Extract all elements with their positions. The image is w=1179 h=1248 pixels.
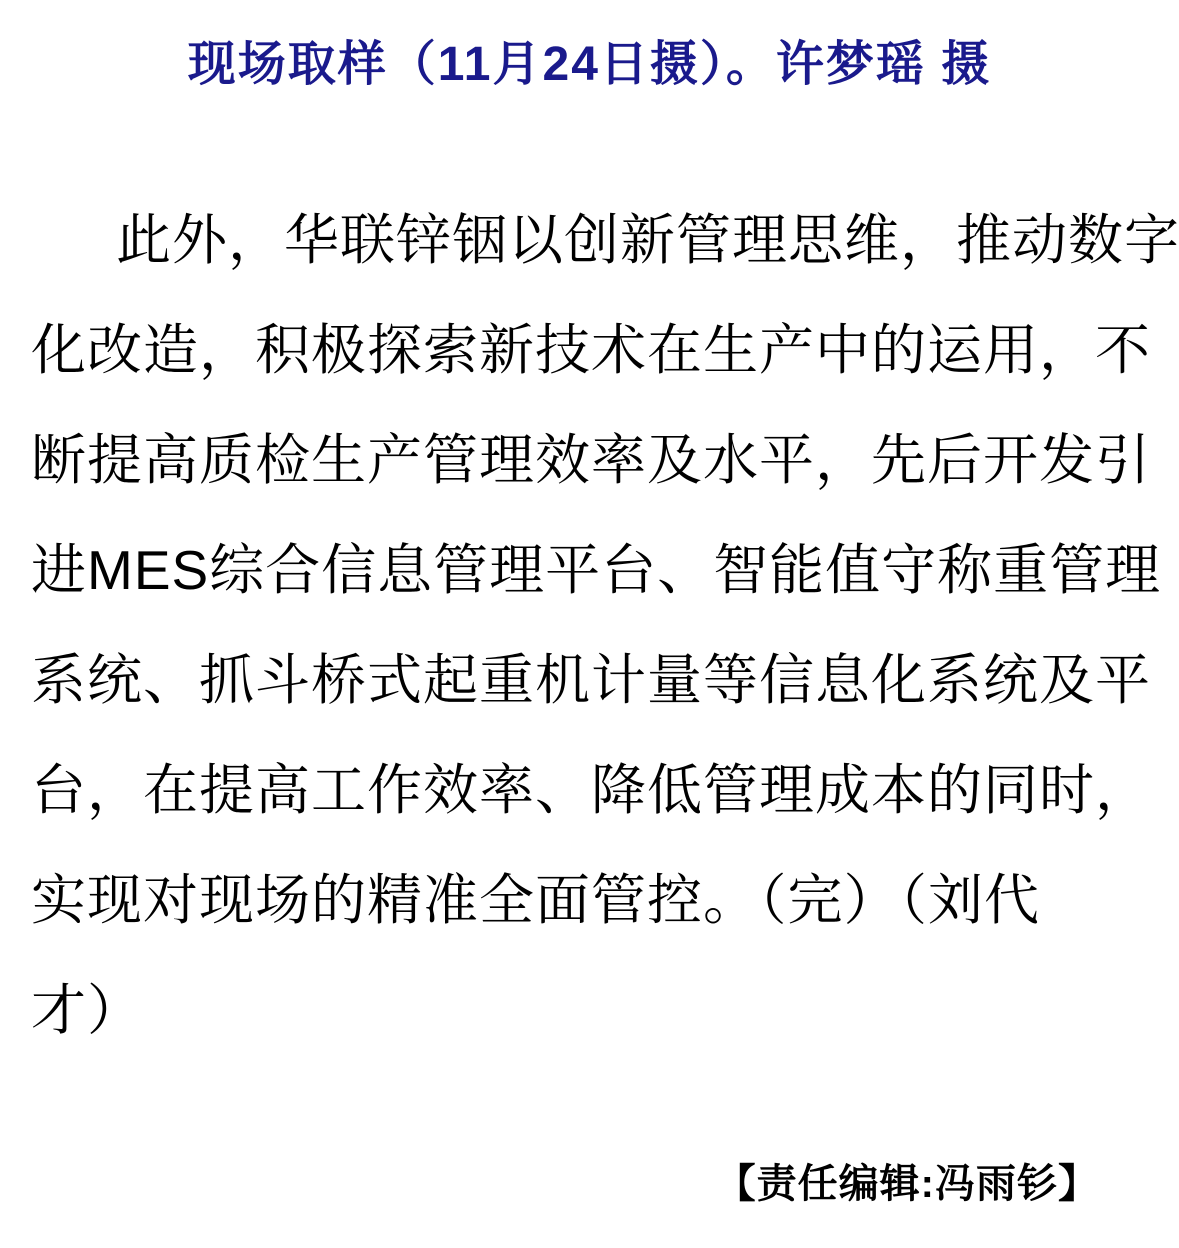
article-page: 现场取样（11月24日摄）。许梦瑶 摄 此外，华联锌铟以创新管理思维，推动数字 … (0, 0, 1179, 1248)
article-line: 实现对现场的精准全面管控。（完）（刘代 (31, 845, 1148, 955)
article-line: 系统、抓斗桥式起重机计量等信息化系统及平 (31, 625, 1148, 735)
article-line: 进MES综合信息管理平台、智能值守称重管理 (31, 515, 1148, 625)
article-line: 才） (31, 955, 1148, 1065)
article-body: 此外，华联锌铟以创新管理思维，推动数字 化改造，积极探索新技术在生产中的运用，不… (31, 185, 1148, 1065)
article-line: 此外，华联锌铟以创新管理思维，推动数字 (31, 185, 1148, 295)
photo-caption: 现场取样（11月24日摄）。许梦瑶 摄 (0, 28, 1179, 102)
editor-credit: 【责任编辑:冯雨钐】 (716, 1152, 1099, 1209)
article-line: 台，在提高工作效率、降低管理成本的同时， (31, 735, 1148, 845)
article-line: 断提高质检生产管理效率及水平，先后开发引 (31, 405, 1148, 515)
article-line: 化改造，积极探索新技术在生产中的运用，不 (31, 295, 1148, 405)
